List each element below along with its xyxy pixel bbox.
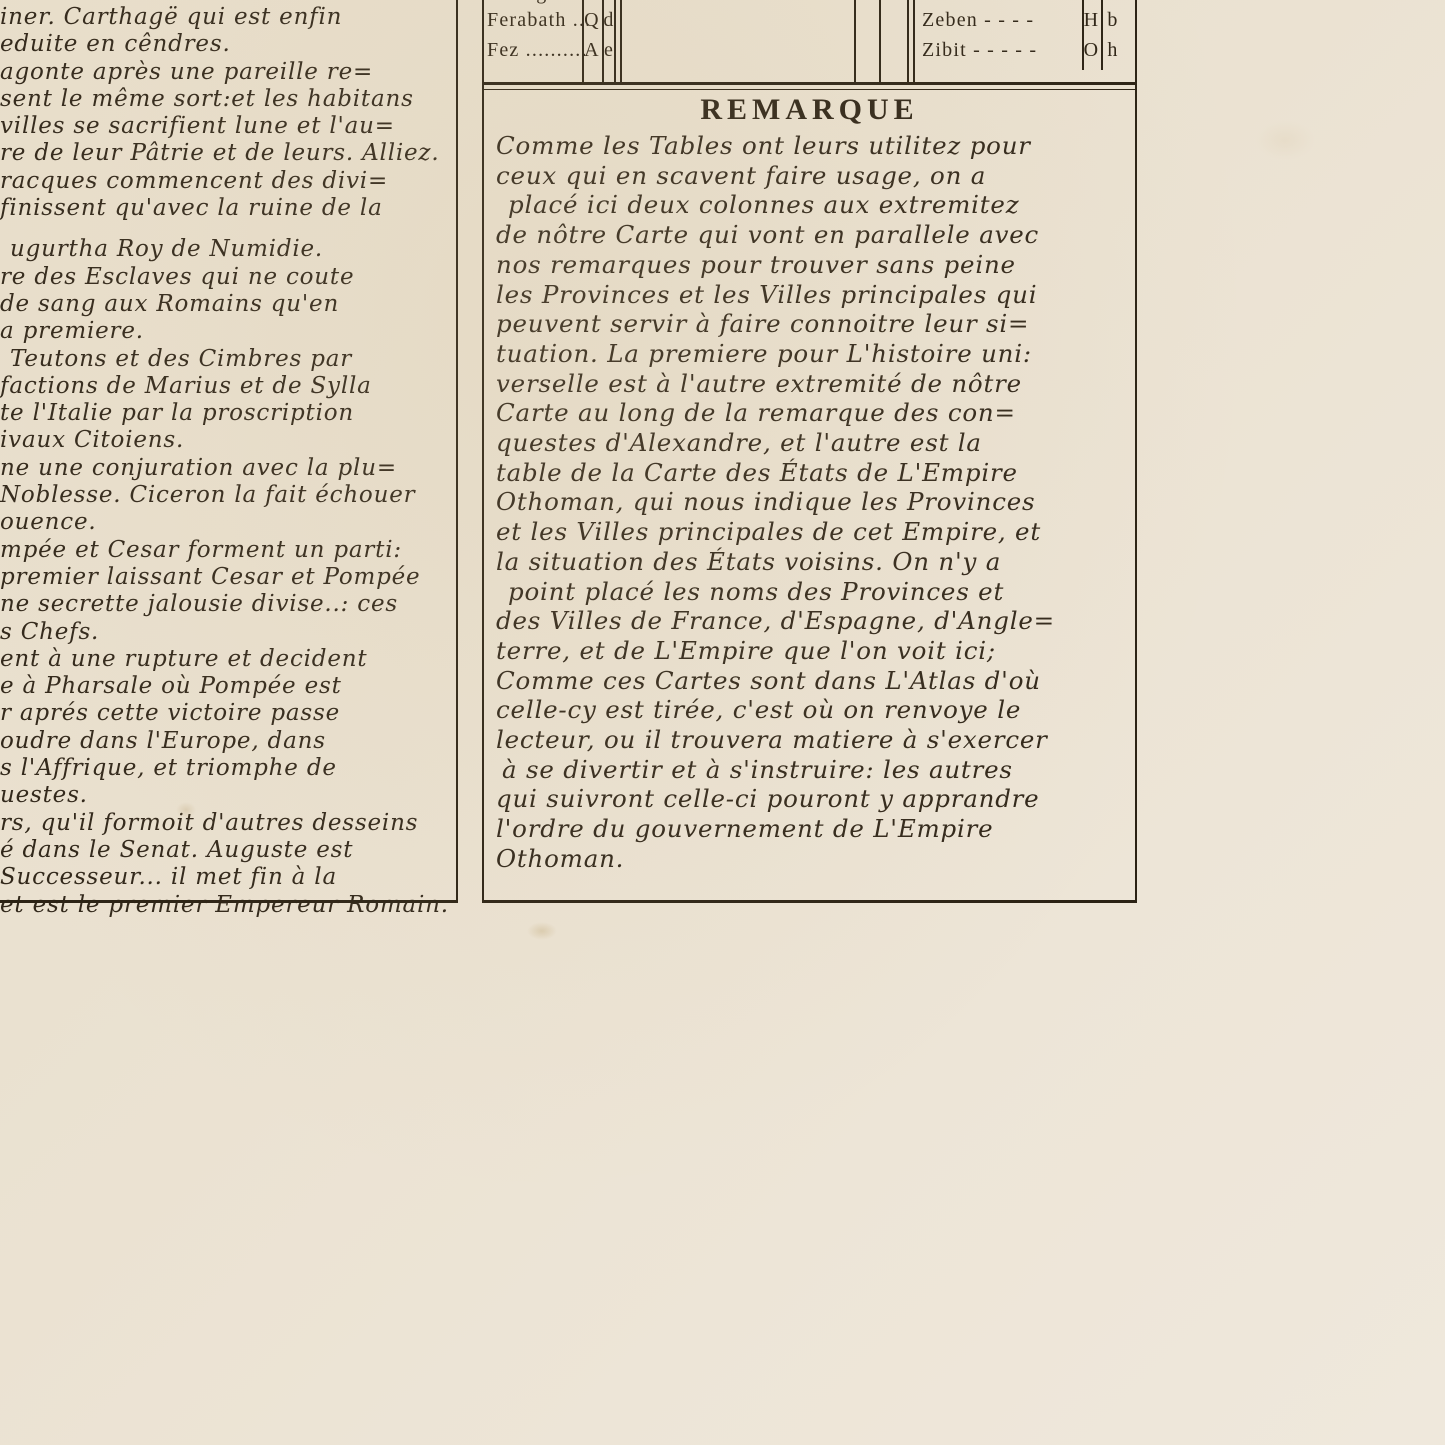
grid-ref-letter: O (1082, 39, 1101, 62)
manuscript-line: ugurtha Roy de Numidie. (0, 236, 456, 263)
remarque-line: lecteur, ou il trouvera matiere à s'exer… (496, 725, 1131, 755)
manuscript-line: oudre dans l'Europe, dans (0, 728, 456, 755)
manuscript-line: s l'Affrique, et triomphe de (0, 755, 456, 782)
grid-ref-letter: b (1101, 9, 1125, 32)
remarque-line: Comme ces Cartes sont dans L'Atlas d'où (496, 666, 1131, 696)
remarque-line: Comme les Tables ont leurs utilitez pour (496, 131, 1131, 161)
manuscript-line: premier laissant Cesar et Pompée (0, 564, 456, 591)
remarque-line: table de la Carte des États de L'Empire (496, 458, 1131, 488)
manuscript-line: ent à une rupture et decident (0, 646, 456, 673)
table-rule (854, 0, 856, 82)
manuscript-line: uestes. (0, 782, 456, 809)
manuscript-line: ne une conjuration avec la plu= (0, 455, 456, 482)
manuscript-line: rs, qu'il formoit d'autres desseins (0, 810, 456, 837)
place-name: Olmus..... (632, 0, 722, 5)
table-bottom-rule (482, 82, 1137, 85)
remarque-line: des Villes de France, d'Espagne, d'Angle… (496, 606, 1131, 636)
grid-ref-letter: R (854, 0, 879, 5)
remarque-line: peuvent servir à faire connoitre leur si… (496, 309, 1131, 339)
manuscript-line: re de leur Pâtrie et de leurs. Alliez. (0, 140, 456, 167)
manuscript-line: iner. Carthagë qui est enfin (0, 4, 456, 31)
manuscript-line: sent le même sort:et les habitans (0, 86, 456, 113)
remarque-line: Othoman, qui nous indique les Provinces (496, 487, 1131, 517)
remarque-line: tuation. La premiere pour L'histoire uni… (496, 339, 1131, 369)
manuscript-line: agonte après une pareille re= (0, 59, 456, 86)
manuscript-line: ouence. (0, 509, 456, 536)
remarque-line: questes d'Alexandre, et l'autre est la (496, 428, 1131, 458)
remarque-line: les Provinces et les Villes principales … (496, 280, 1131, 310)
manuscript-line: villes se sacrifient lune et l'au= (0, 113, 456, 140)
remarque-line: à se divertir et à s'instruire: les autr… (496, 755, 1131, 785)
remarque-line: la situation des États voisins. On n'y a (496, 547, 1131, 577)
manuscript-line: s Chefs. (0, 619, 456, 646)
remarque-line: point placé les noms des Provinces et (496, 577, 1131, 607)
table-rule (614, 0, 616, 82)
manuscript-line: re des Esclaves qui ne coute (0, 264, 456, 291)
grid-ref-letter: h (1101, 39, 1125, 62)
place-name: Zeben - - - - (922, 9, 1034, 32)
manuscript-line: racques commencent des divi= (0, 168, 456, 195)
table-rule (602, 0, 604, 82)
manuscript-line: factions de Marius et de Sylla (0, 373, 456, 400)
manuscript-line: e à Pharsale où Pompée est (0, 673, 456, 700)
table-rule (582, 0, 584, 82)
table-rule (1082, 0, 1084, 70)
manuscript-line: ivaux Citoiens. (0, 427, 456, 454)
remarque-line: l'ordre du gouvernement de L'Empire (496, 814, 1131, 844)
paper-stain (527, 922, 557, 940)
manuscript-line: Noblesse. Ciceron la fait échouer (0, 482, 456, 509)
left-column-bottom-rule (0, 900, 458, 903)
remarque-line: et les Villes principales de cet Empire,… (496, 517, 1131, 547)
table-rule (907, 0, 909, 82)
manuscript-line: a premiere. (0, 318, 456, 345)
remarque-line: terre, et de L'Empire que l'on voit ici; (496, 636, 1131, 666)
remarque-line: ceux qui en scavent faire usage, on a (496, 161, 1131, 191)
manuscript-line: mpée et Cesar forment un parti: (0, 537, 456, 564)
place-name: Zibit - - - - - (922, 39, 1037, 62)
remarque-line: Carte au long de la remarque des con= (496, 398, 1131, 428)
column-divider-rule (456, 0, 458, 902)
table-rule (1101, 0, 1103, 70)
manuscript-line: Teutons et des Cimbres par (0, 346, 456, 373)
manuscript-line: finissent qu'avec la ruine de la (0, 195, 456, 222)
grid-ref-letter: H (1082, 9, 1101, 32)
remarque-title: REMARQUE (484, 93, 1135, 127)
table-rule (913, 0, 915, 82)
grid-ref-letter: f (879, 0, 907, 5)
manuscript-line: ne secrette jalousie divise..: ces (0, 591, 456, 618)
remarque-line: Othoman. (496, 844, 1131, 874)
table-rule (879, 0, 881, 82)
remarque-panel: Famagosta N a Ferabath ... Q d Fez .....… (482, 0, 1137, 903)
parchment-page: { "document": { "left_column": { "lines"… (0, 0, 1445, 1445)
remarque-line: celle-cy est tirée, c'est où on renvoye … (496, 695, 1131, 725)
manuscript-line: r aprés cette victoire passe (0, 700, 456, 727)
manuscript-line: et est le premier Empereur Romain. (0, 892, 456, 919)
remarque-text: Comme les Tables ont leurs utilitez pour… (496, 131, 1131, 874)
table-rule (620, 0, 622, 82)
remarque-line: nos remarques pour trouver sans peine (496, 250, 1131, 280)
remarque-line: verselle est à l'autre extremité de nôtr… (496, 369, 1131, 399)
paper-stain (1255, 120, 1315, 160)
remarque-line: placé ici deux colonnes aux extremitez (496, 190, 1131, 220)
remarque-line: qui suivront celle-ci pouront y apprandr… (496, 784, 1131, 814)
manuscript-line: é dans le Senat. Auguste est (0, 837, 456, 864)
manuscript-line: eduite en cêndres. (0, 31, 456, 58)
remarque-line: de nôtre Carte qui vont en parallele ave… (496, 220, 1131, 250)
manuscript-line: de sang aux Romains qu'en (0, 291, 456, 318)
manuscript-line: Successeur... il met fin à la (0, 864, 456, 891)
manuscript-line: te l'Italie par la proscription (0, 400, 456, 427)
table-bottom-rule (482, 89, 1137, 90)
left-text-column: iner. Carthagë qui est enfineduite en cê… (0, 4, 456, 919)
